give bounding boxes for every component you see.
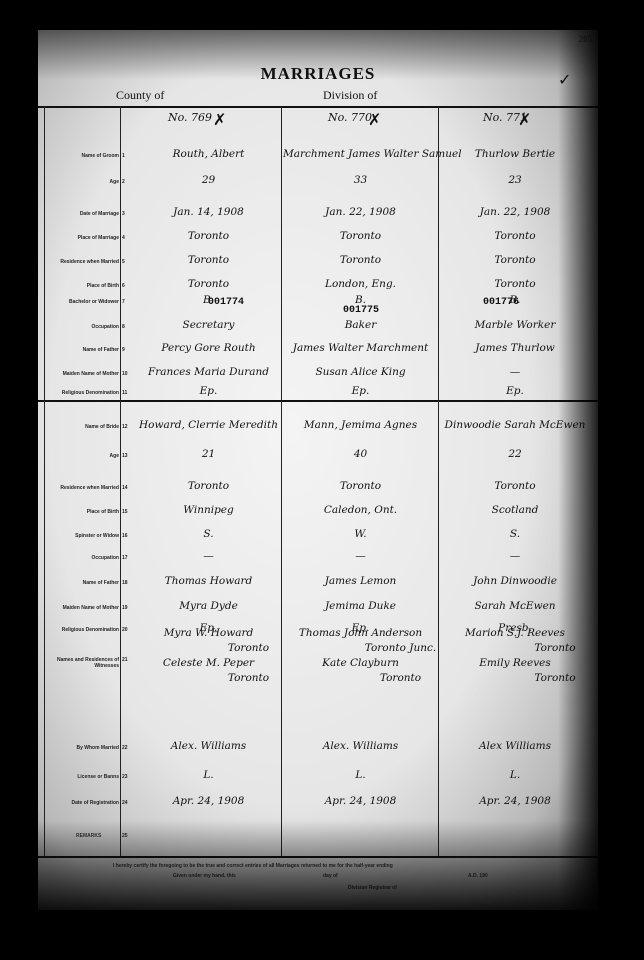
row-number: 21 [122,657,128,663]
entry-value: Routh, Albert [136,148,281,160]
entry-value: Frances Maria Durand [136,366,281,378]
entry-value: Thomas Howard [136,575,281,587]
entry-number: No. 770 [328,111,372,124]
witness-value: Toronto [440,642,630,654]
row-label: Place of Marriage [44,235,119,241]
scan-shadow [38,30,598,80]
register-page: 205 MARRIAGES County of Division of ✓ No… [38,30,598,910]
row-number: 20 [122,627,128,633]
row-label: License or Banns [44,774,119,780]
tick-mark-icon: ✗ [213,110,226,129]
entry-value: Jan. 22, 1908 [283,206,438,218]
entry-value: Jemima Duke [283,600,438,612]
scan-shadow [558,30,598,910]
entry-value: Caledon, Ont. [283,504,438,516]
row-number: 9 [122,347,125,353]
row-label: Name of Groom [44,153,119,159]
witness-value: Thomas John Anderson [283,627,438,639]
entry-value: B. [136,294,281,306]
entry-value: B. [283,294,438,306]
row-label: Age [44,179,119,185]
county-label: County of [116,88,164,103]
row-label: Maiden Name of Mother [44,605,119,611]
entry-value: Toronto [283,480,438,492]
row-label: Name of Father [44,580,119,586]
entry-value: 33 [283,174,438,186]
column-rule [438,106,439,856]
column-rule [281,106,282,856]
row-number: 19 [122,605,128,611]
row-number: 11 [122,390,127,396]
row-label: Names and Residences of Witnesses [44,657,119,669]
row-number: 14 [122,485,128,491]
row-label: By Whom Married [44,745,119,751]
entry-value: Myra Dyde [136,600,281,612]
entry-value: — [283,550,438,562]
row-number: 13 [122,453,128,459]
entry-value: 40 [283,448,438,460]
row-number: 4 [122,235,125,241]
row-label: Residence when Married [44,485,119,491]
entry-value: Apr. 24, 1908 [136,795,281,807]
row-number: 24 [122,800,128,806]
row-label: Spinster or Widow [44,533,119,539]
witness-value: Toronto [440,672,630,684]
entry-value: L. [136,769,281,781]
entry-number: No. 769 [168,111,212,124]
entry-value: 21 [136,448,281,460]
entry-value: — [136,550,281,562]
entry-value: Ep. [136,385,281,397]
row-number: 12 [122,424,128,430]
entry-value: 29 [136,174,281,186]
entry-value: W. [283,528,438,540]
row-label: Date of Marriage [44,211,119,217]
division-label: Division of [323,88,377,103]
row-label: Name of Father [44,347,119,353]
registration-number: 001775 [343,305,379,316]
witness-value: Myra W. Howard [136,627,281,639]
row-number: 17 [122,555,128,561]
entry-value: Secretary [136,319,281,331]
entry-value: Toronto [283,230,438,242]
row-label: Bachelor or Widower [44,299,119,305]
tick-mark-icon: ✗ [368,110,381,129]
entry-value: S. [136,528,281,540]
entry-value: James Lemon [283,575,438,587]
row-number: 1 [122,153,125,159]
row-number: 18 [122,580,128,586]
entry-value: Toronto [136,278,281,290]
row-number: 10 [122,371,128,377]
row-label: Occupation [44,555,119,561]
column-rule [44,106,45,856]
row-number: 7 [122,299,125,305]
scan-shadow [38,820,598,910]
entry-value: Toronto [136,254,281,266]
entry-value: Mann, Jemima Agnes [283,419,438,431]
row-number: 23 [122,774,128,780]
entry-value: Toronto [136,230,281,242]
entry-value: Toronto [136,480,281,492]
row-label: Place of Birth [44,509,119,515]
witness-value: Celeste M. Peper [136,657,281,669]
divider [38,400,598,402]
entry-value: Alex. Williams [283,740,438,752]
row-label: Religious Denomination [44,627,119,633]
row-label: Residence when Married [44,259,119,265]
entry-value: L. [283,769,438,781]
entry-value: Winnipeg [136,504,281,516]
row-number: 6 [122,283,125,289]
row-number: 8 [122,324,125,330]
row-label: Age [44,453,119,459]
row-number: 3 [122,211,125,217]
row-label: Religious Denomination [44,390,119,396]
entry-value: Toronto [283,254,438,266]
row-number: 5 [122,259,125,265]
row-number: 22 [122,745,128,751]
divider [38,106,598,108]
row-label: Name of Bride [44,424,119,430]
entry-value: Howard, Clerrie Meredith [136,419,281,431]
entry-value: Jan. 14, 1908 [136,206,281,218]
entry-value: Alex. Williams [136,740,281,752]
row-label: Occupation [44,324,119,330]
row-label: Maiden Name of Mother [44,371,119,377]
entry-value: Marchment James Walter Samuel [283,148,438,160]
entry-value: James Walter Marchment [283,342,438,354]
row-number: 16 [122,533,128,539]
row-number: 2 [122,179,125,185]
witness-value: Kate Clayburn [283,657,438,669]
entry-value: Baker [283,319,438,331]
entry-value: London, Eng. [283,278,438,290]
row-number: 15 [122,509,128,515]
entry-value: Ep. [283,385,438,397]
row-label: Date of Registration [44,800,119,806]
tick-mark-icon: ✗ [518,110,531,129]
column-rule [120,106,121,856]
row-label: Place of Birth [44,283,119,289]
entry-value: Percy Gore Routh [136,342,281,354]
entry-value: Susan Alice King [283,366,438,378]
entry-value: Apr. 24, 1908 [283,795,438,807]
